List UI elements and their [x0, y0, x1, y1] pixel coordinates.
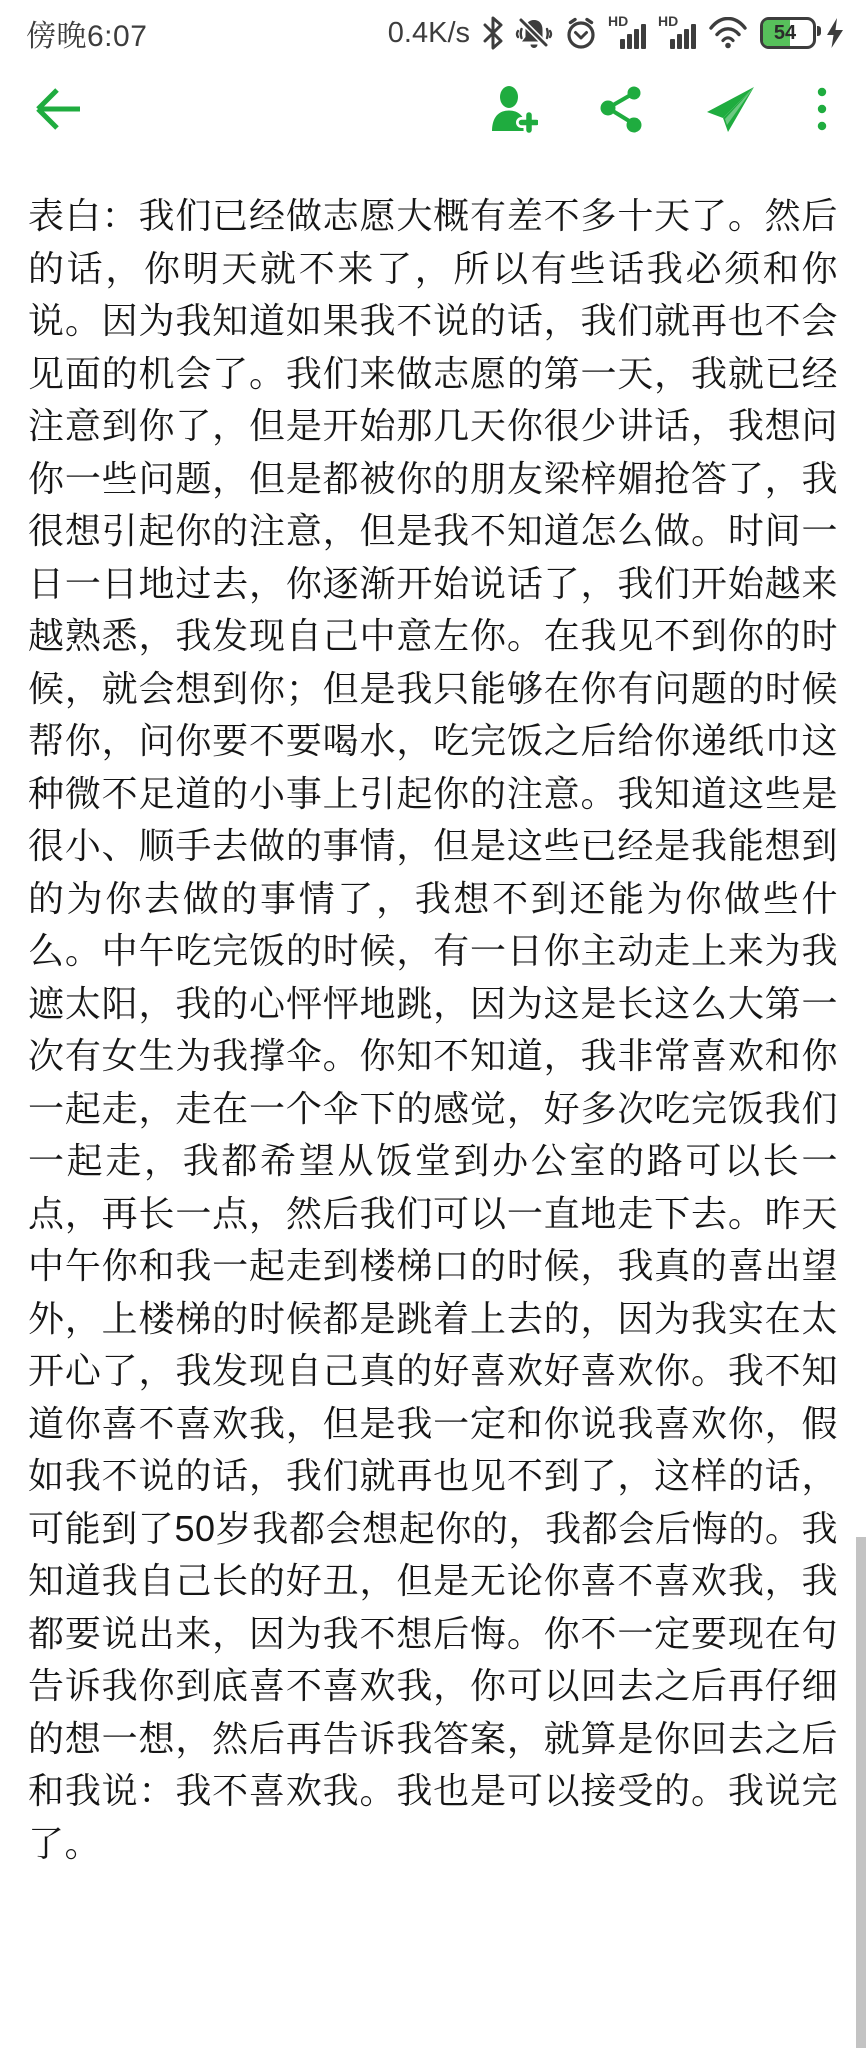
sim2-signal-icon: HD	[658, 15, 698, 51]
send-button[interactable]	[704, 84, 756, 134]
more-menu-button[interactable]	[816, 85, 828, 133]
add-friend-button[interactable]	[488, 85, 538, 133]
toolbar-actions	[488, 84, 828, 134]
battery-indicator: 54	[760, 17, 816, 49]
toolbar	[0, 58, 866, 160]
wifi-icon	[708, 17, 748, 49]
share-button[interactable]	[598, 85, 644, 133]
sim1-signal-icon: HD	[608, 15, 648, 51]
confession-text: 表白：我们已经做志愿大概有差不多十天了。然后的话，你明天就不来了，所以有些话我必…	[0, 160, 866, 1870]
status-bar: 傍晚6:07 0.4K/s H	[0, 0, 866, 58]
charging-bolt-icon	[826, 18, 844, 48]
alarm-icon	[564, 16, 598, 50]
scrollbar-thumb[interactable]	[856, 1537, 866, 2048]
battery-percent: 54	[763, 20, 807, 46]
network-speed: 0.4K/s	[388, 17, 470, 50]
status-bar-indicators: 0.4K/s HD	[388, 15, 844, 51]
bluetooth-icon	[482, 16, 504, 50]
clock-time: 傍晚6:07	[26, 11, 147, 55]
vibrate-mute-icon	[514, 16, 554, 50]
back-button[interactable]	[30, 84, 86, 134]
